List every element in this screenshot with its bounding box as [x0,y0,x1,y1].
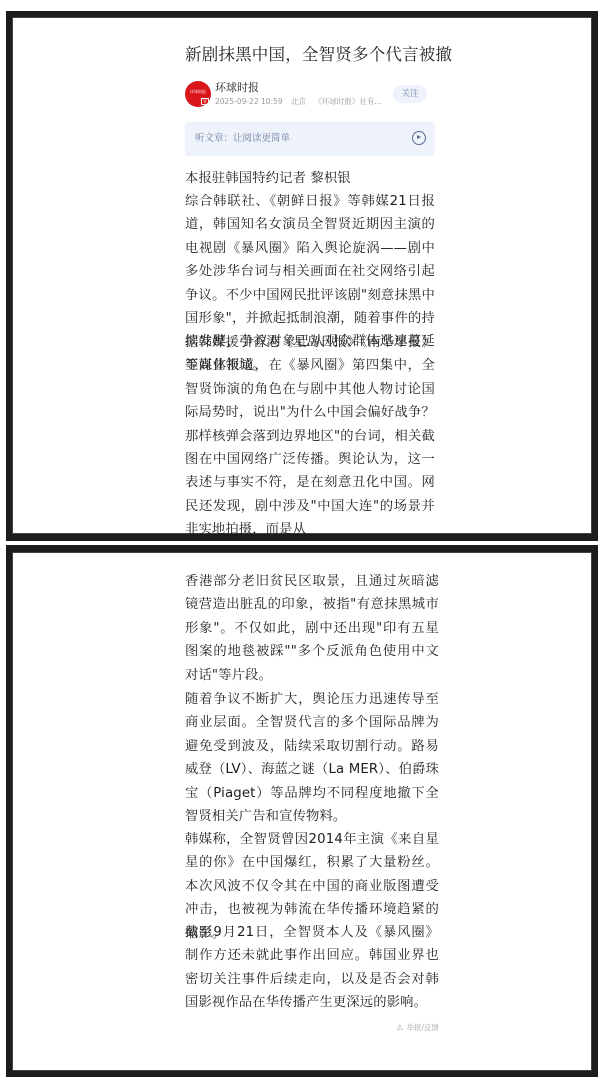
report-label: 举报/反馈 [406,1023,439,1032]
verified-badge-icon: V [201,98,209,105]
article-title: 新剧抹黑中国，全智贤多个代言被撤 [185,43,445,67]
listen-label: 听文章：让阅读更简单 [195,122,290,156]
follow-button[interactable]: 关注 [393,85,427,103]
article-byline: 本报驻韩国特约记者 黎枳银 [185,167,351,190]
play-circle-icon[interactable] [412,131,426,145]
warning-triangle-icon: ⚠ [396,1023,403,1032]
article-paragraph: 香港部分老旧贫民区取景，且通过灰暗滤镜营造出脏乱的印象，被指"有意抹黑城市形象"… [185,570,439,687]
article-paragraph: 随着争议不断扩大，舆论压力迅速传导至商业层面。全智贤代言的多个国际品牌为避免受到… [185,688,439,828]
article-paragraph: 截至9月21日，全智贤本人及《暴风圈》制作方还未就此事作出回应。韩国业界也密切关… [185,921,439,1015]
publish-location: 北京 [291,97,306,106]
screenshot-frame-top: 新剧抹黑中国，全智贤多个代言被撤 环球时报 V 环球时报 2025-09-22 … [6,11,598,541]
source-text: 《环球时报》社有... [314,97,381,106]
article-paragraph: 据韩媒援引香港《星岛日报》《南华早报》等媒体报道，在《暴风圈》第四集中，全智贤饰… [185,331,435,542]
author-bar: 环球时报 V 环球时报 2025-09-22 10:59 北京 《环球时报》社有… [185,79,439,113]
author-name[interactable]: 环球时报 [215,81,259,95]
listen-article-bar[interactable]: 听文章：让阅读更简单 [185,122,435,156]
author-meta: 2025-09-22 10:59 北京 《环球时报》社有... [215,97,388,107]
avatar-logo-text: 环球时报 [187,89,209,94]
report-feedback-link[interactable]: ⚠举报/反馈 [396,1022,439,1033]
screenshot-frame-bottom: 香港部分老旧贫民区取景，且通过灰暗滤镜营造出脏乱的印象，被指"有意抹黑城市形象"… [6,545,598,1077]
author-avatar[interactable]: 环球时报 V [185,81,211,107]
publish-datetime: 2025-09-22 10:59 [215,97,283,106]
